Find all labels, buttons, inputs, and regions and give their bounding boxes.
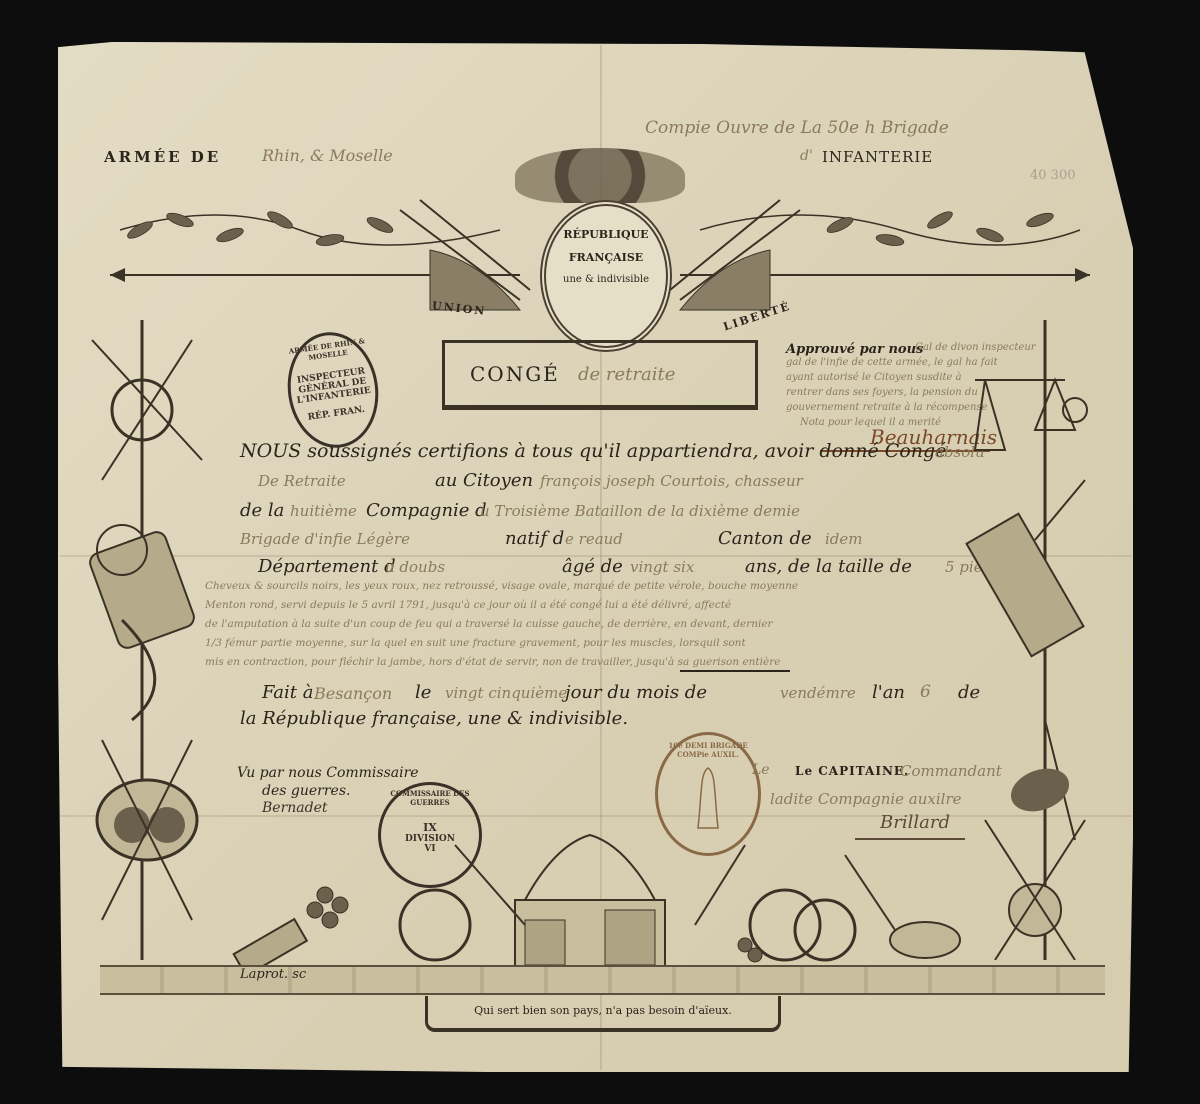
medallion-line2: FRANÇAISE [546, 251, 666, 264]
departement-label: Département d [258, 556, 396, 577]
motto-banner: Qui sert bien son pays, n'a pas besoin d… [425, 996, 781, 1032]
approval-hand-line: gouvernement retraite à la récompense [786, 402, 987, 413]
fait-a-label: Fait à [262, 682, 313, 703]
description-line: mis en contraction, pour fléchir la jamb… [205, 656, 780, 668]
retraite-hand: De Retraite [258, 472, 346, 490]
infanterie-prefix: d' [800, 148, 813, 164]
canton-hand: idem [825, 530, 863, 548]
bottom-battle-scene-engraving [225, 825, 975, 970]
year-hand: 6 [920, 682, 931, 702]
pencil-note: 40 300 [1030, 168, 1076, 183]
commissaire-signature: Bernadet [262, 800, 328, 816]
conge-title: CONGÉ [470, 362, 560, 386]
soldier-name-hand: françois joseph Courtois, chasseur [540, 472, 803, 490]
age-label: âgé de [562, 556, 623, 577]
place-hand: Besançon [314, 684, 392, 703]
engraver-signature: Laprot. sc [240, 967, 306, 982]
certification-line: NOUS soussignés certifions à tous qu'il … [240, 440, 946, 462]
underline-mark [680, 670, 790, 672]
infanterie-label: INFANTERIE [822, 148, 933, 166]
jour-du-mois-label: jour du mois de [565, 682, 707, 703]
armee-handwritten: Rhin, & Moselle [262, 146, 393, 165]
age-hand: vingt six [630, 558, 694, 576]
description-line: Cheveux & sourcils noirs, les yeux roux,… [205, 580, 798, 592]
left-trophy-engraving [82, 320, 232, 960]
oak-wreath-engraving [515, 148, 685, 203]
armee-label: ARMÉE DE [104, 148, 221, 166]
month-hand: vendémre [780, 684, 856, 702]
compagnie-label: Compagnie d [366, 500, 487, 521]
description-line: de l'amputation à la suite d'un coup de … [205, 618, 773, 630]
capitaine-label: Le CAPITAINE. [795, 764, 909, 778]
motto-text: Qui sert bien son pays, n'a pas besoin d… [428, 1004, 778, 1017]
company-number-hand: huitième [290, 502, 357, 520]
le-prefix: Le [752, 762, 770, 778]
brigade-hand: Brigade d'infie Légère [240, 530, 410, 548]
battalion-hand: u Troisième Bataillon de la dixième demi… [480, 502, 800, 520]
right-trophy-engraving [965, 320, 1095, 960]
captain-company-hand: ladite Compagnie auxilre [770, 790, 962, 808]
medallion-line1: RÉPUBLIQUE [546, 228, 666, 241]
departement-hand: u doubs [385, 558, 445, 576]
liberty-figure-icon [688, 763, 728, 833]
natif-label: natif d [505, 528, 564, 549]
au-citoyen-label: au Citoyen [435, 470, 533, 491]
birthplace-hand: e reaud [565, 530, 623, 548]
an-label: l'an [872, 682, 905, 703]
description-line: 1/3 fémur partie moyenne, sur la quel en… [205, 637, 746, 649]
day-hand: vingt cinquième [445, 684, 567, 702]
company-handwritten: Compie Ouvre de La 50e h Brigade [645, 118, 949, 138]
medallion-line3: une & indivisible [546, 274, 666, 285]
approval-hand-line: rentrer dans ses foyers, la pension du [786, 387, 978, 398]
republique-line: la République française, une & indivisib… [240, 708, 628, 729]
approval-label: Approuvé par nous [786, 342, 923, 357]
description-line: Menton rond, servi depuis le 5 avril 179… [205, 599, 731, 611]
canton-label: Canton de [718, 528, 812, 549]
approval-hand-line: ayant autorisé le Citoyen susdite à [786, 372, 962, 383]
le-label: le [415, 682, 431, 703]
taille-label: ans, de la taille de [745, 556, 912, 577]
republique-medallion: RÉPUBLIQUE FRANÇAISE une & indivisible [540, 200, 672, 352]
commissaire-label: Vu par nous Commissaire [237, 765, 419, 781]
conge-type-handwritten: de retraite [578, 364, 675, 385]
guerres-label: des guerres. [262, 783, 350, 799]
de-la-label: de la [240, 500, 284, 521]
